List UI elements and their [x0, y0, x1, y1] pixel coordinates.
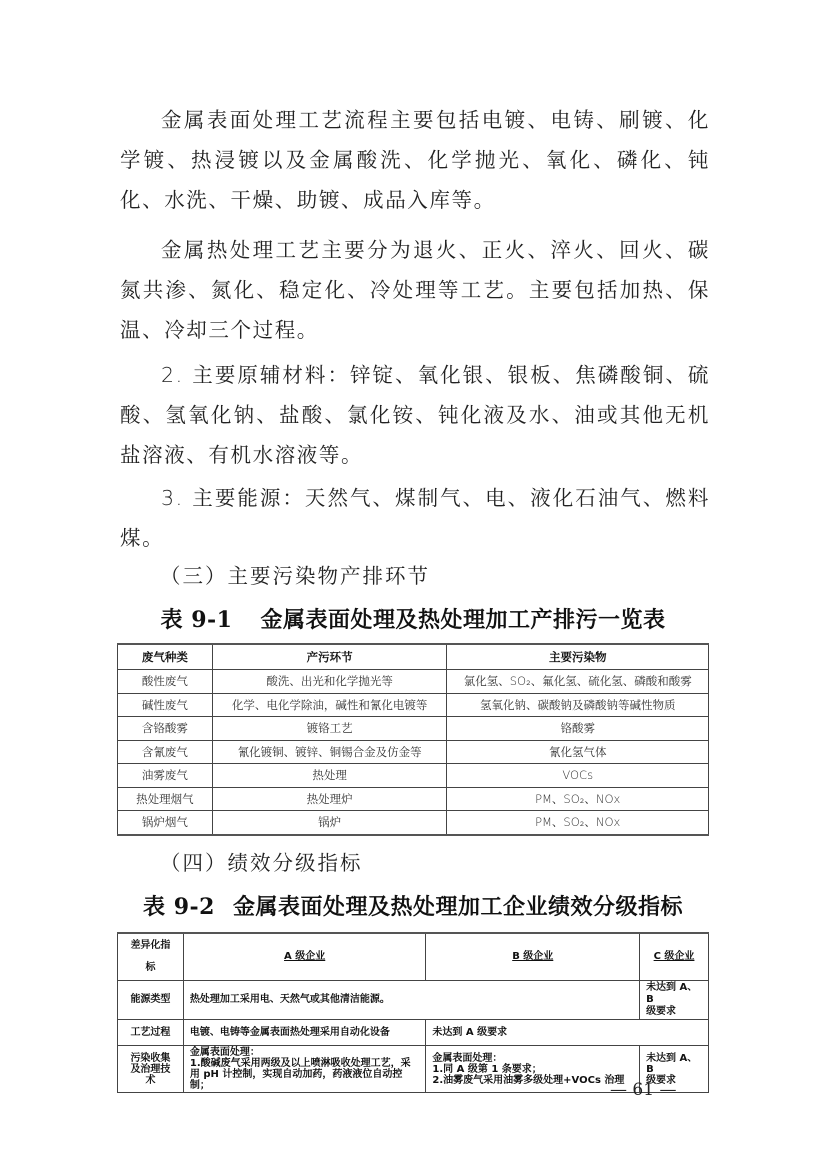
cell-gas-type: 含氰废气	[118, 740, 213, 764]
table2-caption-number: 表 9-2	[143, 894, 215, 920]
cell-source-stage: 酸洗、出光和化学抛光等	[212, 670, 447, 694]
cell-gas-type: 锅炉烟气	[118, 811, 213, 835]
header-grade-a: A 级企业	[183, 933, 426, 981]
row-label-energy-type: 能源类型	[118, 981, 184, 1020]
cell-source-stage: 氰化镀铜、镀锌、铜锡合金及仿金等	[212, 740, 447, 764]
table-row-process: 工艺过程 电镀、电铸等金属表面热处理采用自动化设备 未达到 A 级要求	[118, 1020, 709, 1046]
cell-process-grade-bc: 未达到 A 级要求	[426, 1020, 709, 1046]
header-indicator: 差异化指 标	[118, 933, 184, 981]
pollution-emission-table: 废气种类 产污环节 主要污染物 酸性废气 酸洗、出光和化学抛光等 氯化氢、SO₂…	[117, 643, 709, 836]
header-gas-type: 废气种类	[118, 644, 213, 670]
cell-main-pollutants: PM、SO₂、NOx	[447, 787, 709, 811]
cell-source-stage: 热处理炉	[212, 787, 447, 811]
cell-source-stage: 化学、电化学除油，碱性和氰化电镀等	[212, 693, 447, 717]
paragraph-surface-treatment: 金属表面处理工艺流程主要包括电镀、电铸、刷镀、化学镀、热浸镀以及金属酸洗、化学抛…	[120, 100, 710, 220]
header-source-stage: 产污环节	[212, 644, 447, 670]
cell-gas-type: 油雾废气	[118, 764, 213, 788]
table-row: 热处理烟气 热处理炉 PM、SO₂、NOx	[118, 787, 709, 811]
section-heading-pollutants: （三）主要污染物产排环节	[160, 556, 430, 596]
table2-caption-title: 金属表面处理及热处理加工企业绩效分级指标	[233, 894, 683, 920]
cell-energy-grade-c: 未达到 A、B 级要求	[640, 981, 709, 1020]
table-row: 碱性废气 化学、电化学除油，碱性和氰化电镀等 氢氧化钠、碳酸钠及磷酸钠等碱性物质	[118, 693, 709, 717]
paragraph-energy: 3. 主要能源：天然气、煤制气、电、液化石油气、燃料煤。	[120, 478, 710, 558]
cell-gas-type: 碱性废气	[118, 693, 213, 717]
header-main-pollutants: 主要污染物	[447, 644, 709, 670]
cell-main-pollutants: 氰化氢气体	[447, 740, 709, 764]
cell-pollution-grade-b: 金属表面处理： 1.同 A 级第 1 条要求； 2.油雾废气采用油雾多级处理+V…	[426, 1046, 640, 1093]
cell-main-pollutants: 氢氧化钠、碳酸钠及磷酸钠等碱性物质	[447, 693, 709, 717]
cell-source-stage: 锅炉	[212, 811, 447, 835]
paragraph-heat-treatment: 金属热处理工艺主要分为退火、正火、淬火、回火、碳氮共渗、氮化、稳定化、冷处理等工…	[120, 230, 710, 350]
table2-caption: 表 9-2金属表面处理及热处理加工企业绩效分级指标	[0, 890, 826, 921]
cell-gas-type: 热处理烟气	[118, 787, 213, 811]
cell-main-pollutants: 铬酸雾	[447, 717, 709, 741]
row-label-process: 工艺过程	[118, 1020, 184, 1046]
performance-grading-table: 差异化指 标 A 级企业 B 级企业 C 级企业 能源类型 热处理加工采用电、天…	[117, 932, 709, 1093]
cell-source-stage: 热处理	[212, 764, 447, 788]
document-page: 金属表面处理工艺流程主要包括电镀、电铸、刷镀、化学镀、热浸镀以及金属酸洗、化学抛…	[0, 0, 826, 1169]
cell-main-pollutants: PM、SO₂、NOx	[447, 811, 709, 835]
table-row: 油雾废气 热处理 VOCs	[118, 764, 709, 788]
cell-energy-grade-ab: 热处理加工采用电、天然气或其他清洁能源。	[183, 981, 639, 1020]
cell-main-pollutants: VOCs	[447, 764, 709, 788]
cell-gas-type: 酸性废气	[118, 670, 213, 694]
cell-source-stage: 镀铬工艺	[212, 717, 447, 741]
header-grade-b: B 级企业	[426, 933, 640, 981]
cell-process-grade-a: 电镀、电铸等金属表面热处理采用自动化设备	[183, 1020, 426, 1046]
cell-main-pollutants: 氯化氢、SO₂、氟化氢、硫化氢、磷酸和酸雾	[447, 670, 709, 694]
table1-caption: 表 9-1金属表面处理及热处理加工产排污一览表	[0, 603, 826, 634]
header-grade-c: C 级企业	[640, 933, 709, 981]
row-label-pollution-control: 污染收集 及治理技 术	[118, 1046, 184, 1093]
page-number: — 61 —	[610, 1080, 676, 1100]
table1-caption-title: 金属表面处理及热处理加工产排污一览表	[260, 607, 665, 633]
table-row: 含铬酸雾 镀铬工艺 铬酸雾	[118, 717, 709, 741]
table-header-row: 差异化指 标 A 级企业 B 级企业 C 级企业	[118, 933, 709, 981]
table-row-energy: 能源类型 热处理加工采用电、天然气或其他清洁能源。 未达到 A、B 级要求	[118, 981, 709, 1020]
cell-pollution-grade-a: 金属表面处理： 1.酸碱废气采用两级及以上喷淋吸收处理工艺，采 用 pH 计控制…	[183, 1046, 426, 1093]
cell-gas-type: 含铬酸雾	[118, 717, 213, 741]
table-row: 酸性废气 酸洗、出光和化学抛光等 氯化氢、SO₂、氟化氢、硫化氢、磷酸和酸雾	[118, 670, 709, 694]
table-row: 锅炉烟气 锅炉 PM、SO₂、NOx	[118, 811, 709, 835]
section-heading-performance: （四）绩效分级指标	[160, 843, 363, 883]
table-header-row: 废气种类 产污环节 主要污染物	[118, 644, 709, 670]
table-row: 含氰废气 氰化镀铜、镀锌、铜锡合金及仿金等 氰化氢气体	[118, 740, 709, 764]
table1-caption-number: 表 9-1	[161, 607, 233, 633]
paragraph-raw-materials: 2. 主要原辅材料：锌锭、氧化银、银板、焦磷酸铜、硫酸、氢氧化钠、盐酸、氯化铵、…	[120, 355, 710, 475]
